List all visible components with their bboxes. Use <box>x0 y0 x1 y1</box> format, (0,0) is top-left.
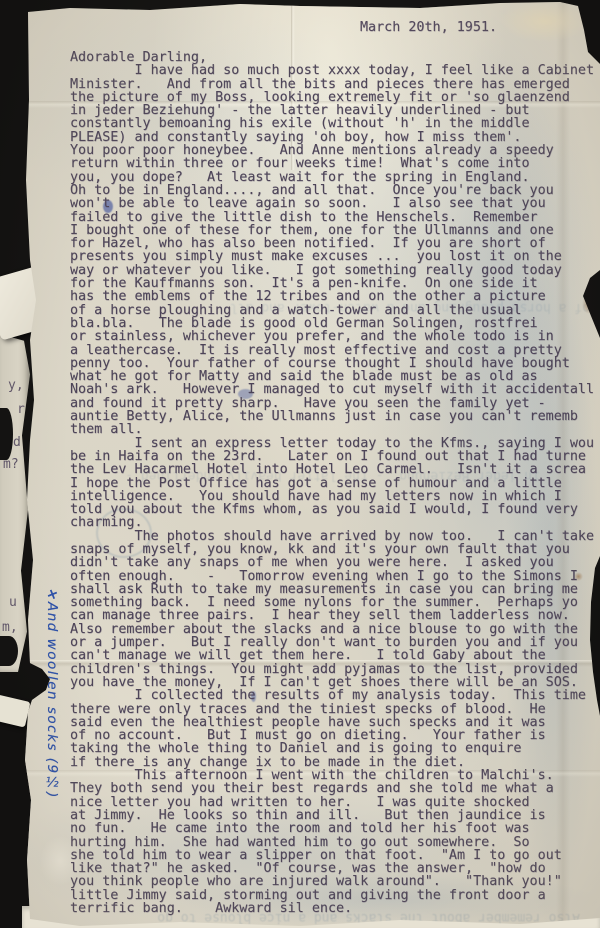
edge-fragment: m? <box>3 457 19 472</box>
letter-body: Adorable Darling, I have had so much pos… <box>70 51 600 919</box>
edge-fragment: u <box>9 595 17 610</box>
letter-line: the Lev Hacarmel Hotel into Hotel Leo Ca… <box>70 463 600 476</box>
letter-line: a leathercase. It is really most effecti… <box>70 344 600 357</box>
letter-line: or stainless, whichever you prefer, and … <box>70 330 600 343</box>
letter-line: can't manage we will get them here. I to… <box>70 649 600 662</box>
letter-line: I collected the results of my analysis t… <box>70 689 600 702</box>
margin-annotation: + And woollen socks (9½) <box>44 588 60 799</box>
stain <box>500 0 590 42</box>
letter-line: has the emblems of the 12 tribes and on … <box>70 290 600 303</box>
letter-line: there were only traces and the tiniest s… <box>70 703 600 716</box>
letter-line: nice letter you had written to her. I wa… <box>70 796 600 809</box>
letter-line: terrific bang. Awkward sil ence. <box>70 902 600 915</box>
letter-line: failed to give the little dish to the He… <box>70 211 600 224</box>
letter-line: can manage three pairs. I hear they sell… <box>70 609 600 622</box>
edge-fragment: m, <box>2 620 18 635</box>
letter-line: them all. <box>70 423 600 436</box>
letter-line: no fun. He came into the room and told h… <box>70 822 600 835</box>
letter-line: presents you simply must make excuses ..… <box>70 250 600 263</box>
letter-line: charming. <box>70 516 600 529</box>
letter-line: little Jimmy said, storming out and givi… <box>70 889 600 902</box>
letter-line: won't be able to leave again so soon. I … <box>70 197 600 210</box>
edge-fragment: d <box>13 435 21 450</box>
letter-line: auntie Betty, Alice, the Ullmanns just i… <box>70 410 600 423</box>
edge-fragment: y, <box>8 378 24 393</box>
letter-line: I hope the Post Office has got a sense o… <box>70 477 600 490</box>
letter-line: I have had so much post xxxx today, I fe… <box>70 64 600 77</box>
letter-line: of a horse ploughing and a watch-tower a… <box>70 304 600 317</box>
letter-line: you, you dope? At least wait for the spr… <box>70 171 600 184</box>
letter-line: Minister. And from all the bits and piec… <box>70 78 600 91</box>
letter-sheet: of a horse ploughing and a watch-tower a… <box>0 0 600 928</box>
letter-line: hurting him. She had wanted him to go ou… <box>70 836 600 849</box>
margin-annotation-text: And woollen socks (9½) <box>44 602 60 799</box>
letter-line: return within three or four weeks time! … <box>70 157 600 170</box>
letter-line: didn't take any snaps of me when you wer… <box>70 556 600 569</box>
letter-line: taking the whole thing to Daniel and is … <box>70 742 600 755</box>
insertion-caret-mark: + <box>44 586 60 602</box>
edge-fragment: r <box>17 402 25 417</box>
letter-date: March 20th, 1951. <box>360 20 497 35</box>
letter-line: you think people who are injured walk ar… <box>70 875 600 888</box>
letter-line: constantly bemoaning his exile (without … <box>70 117 600 130</box>
letter-line: often enough. - Tomorrow evening when I … <box>70 570 600 583</box>
torn-edge-letter-fragments: y,rdm?um, <box>0 0 30 928</box>
letter-line: Noah's ark. However I managed to cut mys… <box>70 383 600 396</box>
photo-background: y,rdm?um, of a horse ploughing and a wat… <box>0 0 600 928</box>
letter-line: The photos should have arrived by now to… <box>70 530 600 543</box>
letter-line: I sent an express letter today to the Kf… <box>70 437 600 450</box>
letter-line: told you about the Kfms whom, as you sai… <box>70 503 600 516</box>
letter-line: children's things. You might add pyjamas… <box>70 663 600 676</box>
letter-line: They both send you their best regards an… <box>70 782 600 795</box>
